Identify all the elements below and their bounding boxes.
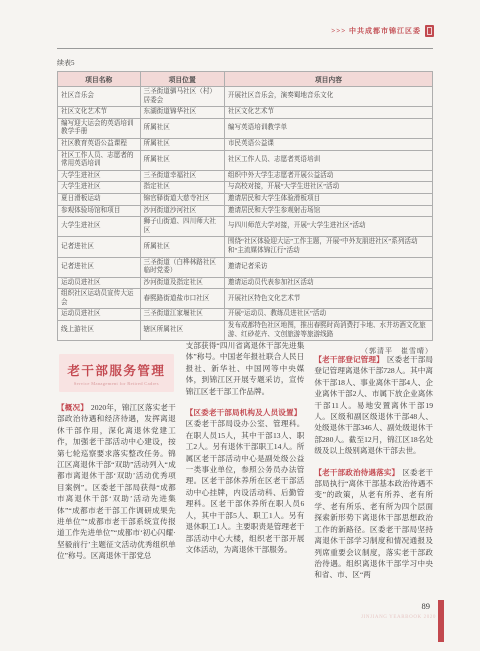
table-row: 社区音乐会三圣街道驷马社区（村）居委会开展社区音乐会，演奏蜀地音乐文化 bbox=[58, 87, 433, 107]
table-row: 社区文化艺术节东湖街道锦华社区社区文化艺术节 bbox=[58, 107, 433, 119]
paragraph-heading: 【老干部政治待遇落实】 bbox=[314, 468, 399, 477]
section-title: 老干部服务管理 bbox=[63, 361, 170, 379]
table-cell: 锦官驿街道大慈寺社区 bbox=[140, 193, 224, 205]
table-section: 续表5 项目名称 项目位置 项目内容 社区音乐会三圣街道驷马社区（村）居委会开展… bbox=[57, 58, 433, 356]
table-cell: 编写迎大运会的英语培训教学手册 bbox=[58, 118, 141, 138]
header-seal-icon bbox=[425, 25, 434, 37]
table-cell: 社区工作人员、志愿者的常用英语培训 bbox=[58, 150, 141, 170]
table-cell: 所属社区 bbox=[140, 150, 224, 170]
table-row: 参观体验场馆和项目沙河街道沙河社区邀请居民和大学生参观射击场馆 bbox=[58, 205, 433, 217]
table-row: 运动员进社区沙河街道及指定社区邀请运动员代表参加社区活动 bbox=[58, 277, 433, 289]
text-col2: 支部获得“四川省离退休干部先进集体”称号。中国老年报社联合人民日报社、新华社、中… bbox=[186, 340, 305, 555]
table-cell: 社区文化艺术节 bbox=[58, 107, 141, 119]
header-breadcrumb: >>> 中共成都市锦江区委 bbox=[331, 26, 421, 36]
table-row: 大学生进社区三圣街道幸福社区组织中外大学生志愿者开展公益活动 bbox=[58, 170, 433, 182]
footer-yearbook-text: JINJIANG YEARBOOK 2020 bbox=[361, 615, 436, 620]
table-row: 组织社区运动员宣传大运会春熙路街道盐市口社区开展社区特色文化艺术节 bbox=[58, 289, 433, 309]
column-header-content: 项目内容 bbox=[224, 72, 432, 87]
header-rule bbox=[57, 48, 433, 49]
table-cell: 三圣街道幸福社区 bbox=[140, 170, 224, 182]
table-row: 记者进社区所属社区围绕“社区体验迎大运”工作主题，开展“中外友朋进社区”系列活动… bbox=[58, 237, 433, 257]
table-cell: 春熙路街道盐市口社区 bbox=[140, 289, 224, 309]
table-header-row: 项目名称 项目位置 项目内容 bbox=[58, 72, 433, 87]
table-cell: 邀请居民和大学生体验滑板项目 bbox=[224, 193, 432, 205]
projects-table: 项目名称 项目位置 项目内容 社区音乐会三圣街道驷马社区（村）居委会开展社区音乐… bbox=[57, 71, 433, 341]
table-row: 线上游社区辖区所属社区发布成都特色社区地图，推出春熙时尚消费打卡地、水井坊酒文化… bbox=[58, 321, 433, 341]
table-cell: 运动员进社区 bbox=[58, 309, 141, 321]
text-col3: 【老干部登记管理】区委老干部局登记管理离退休干部728人。其中离休干部18人、事… bbox=[314, 340, 433, 581]
text-column-1: 老干部服务管理 Service Management for Retired C… bbox=[57, 340, 176, 621]
table-caption: 续表5 bbox=[57, 58, 433, 68]
table-row: 记者进社区三圣街道（白桦林路社区临时党委）邀请记者采访 bbox=[58, 257, 433, 277]
table-cell: 社区工作人员、志愿者英语培训 bbox=[224, 150, 432, 170]
paragraph: 【老干部登记管理】区委老干部局登记管理离退休干部728人。其中离休干部18人、事… bbox=[314, 354, 433, 457]
column-header-location: 项目位置 bbox=[140, 72, 224, 87]
page-number: 89 bbox=[422, 601, 431, 611]
table-cell: 组织中外大学生志愿者开展公益活动 bbox=[224, 170, 432, 182]
table-cell: 线上游社区 bbox=[58, 321, 141, 341]
table-cell: 与高校对接，开展“大学生进社区”活动 bbox=[224, 182, 432, 194]
section-title-box: 老干部服务管理 Service Management for Retired C… bbox=[59, 354, 174, 392]
table-body: 社区音乐会三圣街道驷马社区（村）居委会开展社区音乐会，演奏蜀地音乐文化社区文化艺… bbox=[58, 87, 433, 341]
table-cell: 所属社区 bbox=[140, 138, 224, 150]
table-cell: 指定社区 bbox=[140, 182, 224, 194]
paragraph: 支部获得“四川省离退休干部先进集体”称号。中国老年报社联合人民日报社、新华社、中… bbox=[186, 340, 305, 397]
table-cell: 参观体验场馆和项目 bbox=[58, 205, 141, 217]
paragraph: 【概况】2020年，锦江区落实老干部政治待遇和经济待遇，发挥离退休干部作用，深化… bbox=[57, 402, 176, 562]
table-cell: 开展社区特色文化艺术节 bbox=[224, 289, 432, 309]
table-cell: 编写英语培训教学单 bbox=[224, 118, 432, 138]
table-cell: 运动员进社区 bbox=[58, 277, 141, 289]
table-row: 夏日滑板运动锦官驿街道大慈寺社区邀请居民和大学生体验滑板项目 bbox=[58, 193, 433, 205]
table-cell: 组织社区运动员宣传大运会 bbox=[58, 289, 141, 309]
table-cell: 沙河街道及指定社区 bbox=[140, 277, 224, 289]
table-cell: 东湖街道锦华社区 bbox=[140, 107, 224, 119]
table-cell: 社区文化艺术节 bbox=[224, 107, 432, 119]
page: >>> 中共成都市锦江区委 续表5 项目名称 项目位置 项目内容 社区音乐会三圣… bbox=[0, 0, 480, 651]
table-cell: 记者进社区 bbox=[58, 257, 141, 277]
table-cell: 与四川师范大学对接，开展“大学生进社区”活动 bbox=[224, 217, 432, 237]
table-row: 社区教育英语公益课程所属社区市民英语公益课 bbox=[58, 138, 433, 150]
column-header-name: 项目名称 bbox=[58, 72, 141, 87]
table-cell: 邀请居民和大学生参观射击场馆 bbox=[224, 205, 432, 217]
table-cell: 记者进社区 bbox=[58, 237, 141, 257]
table-row: 运动员进社区三圣街道江家堰社区开展“运动员、教练员进社区”活动 bbox=[58, 309, 433, 321]
table-cell: 辖区所属社区 bbox=[140, 321, 224, 341]
footer-red-bar bbox=[438, 600, 444, 642]
text-column-3: 【老干部登记管理】区委老干部局登记管理离退休干部728人。其中离休干部18人、事… bbox=[314, 340, 433, 621]
section-subtitle: Service Management for Retired Cadres bbox=[63, 381, 170, 386]
table-cell: 大学生进社区 bbox=[58, 182, 141, 194]
paragraph-heading: 【老干部登记管理】 bbox=[314, 355, 383, 364]
page-header: >>> 中共成都市锦江区委 bbox=[331, 25, 434, 37]
table-cell: 邀请记者采访 bbox=[224, 257, 432, 277]
table-cell: 沙河街道沙河社区 bbox=[140, 205, 224, 217]
text-column-2: 支部获得“四川省离退休干部先进集体”称号。中国老年报社联合人民日报社、新华社、中… bbox=[186, 340, 305, 621]
table-cell: 开展“运动员、教练员进社区”活动 bbox=[224, 309, 432, 321]
text-col1: 【概况】2020年，锦江区落实老干部政治待遇和经济待遇，发挥离退休干部作用，深化… bbox=[57, 402, 176, 562]
table-cell: 社区教育英语公益课程 bbox=[58, 138, 141, 150]
paragraph: 【老干部政治待遇落实】区委老干部局执行“离休干部基本政治待遇不变”的政策，从老有… bbox=[314, 467, 433, 581]
table-cell: 发布成都特色社区地图，推出春熙时尚消费打卡地、水井坊酒文化旅游、红砂花卉、文创旅… bbox=[224, 321, 432, 341]
paragraph-heading: 【区委老干部局机构及人员设置】 bbox=[186, 408, 302, 417]
table-cell: 大学生进社区 bbox=[58, 170, 141, 182]
paragraph: 【区委老干部局机构及人员设置】区委老干部局设办公室、管理科。在职人员15人，其中… bbox=[186, 407, 305, 555]
table-cell: 开展社区音乐会，演奏蜀地音乐文化 bbox=[224, 87, 432, 107]
table-cell: 市民英语公益课 bbox=[224, 138, 432, 150]
table-cell: 社区音乐会 bbox=[58, 87, 141, 107]
table-cell: 所属社区 bbox=[140, 237, 224, 257]
table-row: 大学生进社区指定社区与高校对接，开展“大学生进社区”活动 bbox=[58, 182, 433, 194]
paragraph-heading: 【概况】 bbox=[57, 403, 88, 412]
text-columns: 老干部服务管理 Service Management for Retired C… bbox=[57, 340, 433, 621]
table-cell: 夏日滑板运动 bbox=[58, 193, 141, 205]
table-cell: 三圣街道驷马社区（村）居委会 bbox=[140, 87, 224, 107]
table-cell: 狮子山街道、四川师大社区 bbox=[140, 217, 224, 237]
table-cell: 三圣街道江家堰社区 bbox=[140, 309, 224, 321]
table-cell: 三圣街道（白桦林路社区临时党委） bbox=[140, 257, 224, 277]
table-cell: 围绕“社区体验迎大运”工作主题，开展“中外友朋进社区”系列活动和“主流媒体锦江行… bbox=[224, 237, 432, 257]
table-cell: 邀请运动员代表参加社区活动 bbox=[224, 277, 432, 289]
table-cell: 所属社区 bbox=[140, 118, 224, 138]
table-row: 编写迎大运会的英语培训教学手册所属社区编写英语培训教学单 bbox=[58, 118, 433, 138]
table-row: 大学生进社区狮子山街道、四川师大社区与四川师范大学对接，开展“大学生进社区”活动 bbox=[58, 217, 433, 237]
table-cell: 大学生进社区 bbox=[58, 217, 141, 237]
table-row: 社区工作人员、志愿者的常用英语培训所属社区社区工作人员、志愿者英语培训 bbox=[58, 150, 433, 170]
